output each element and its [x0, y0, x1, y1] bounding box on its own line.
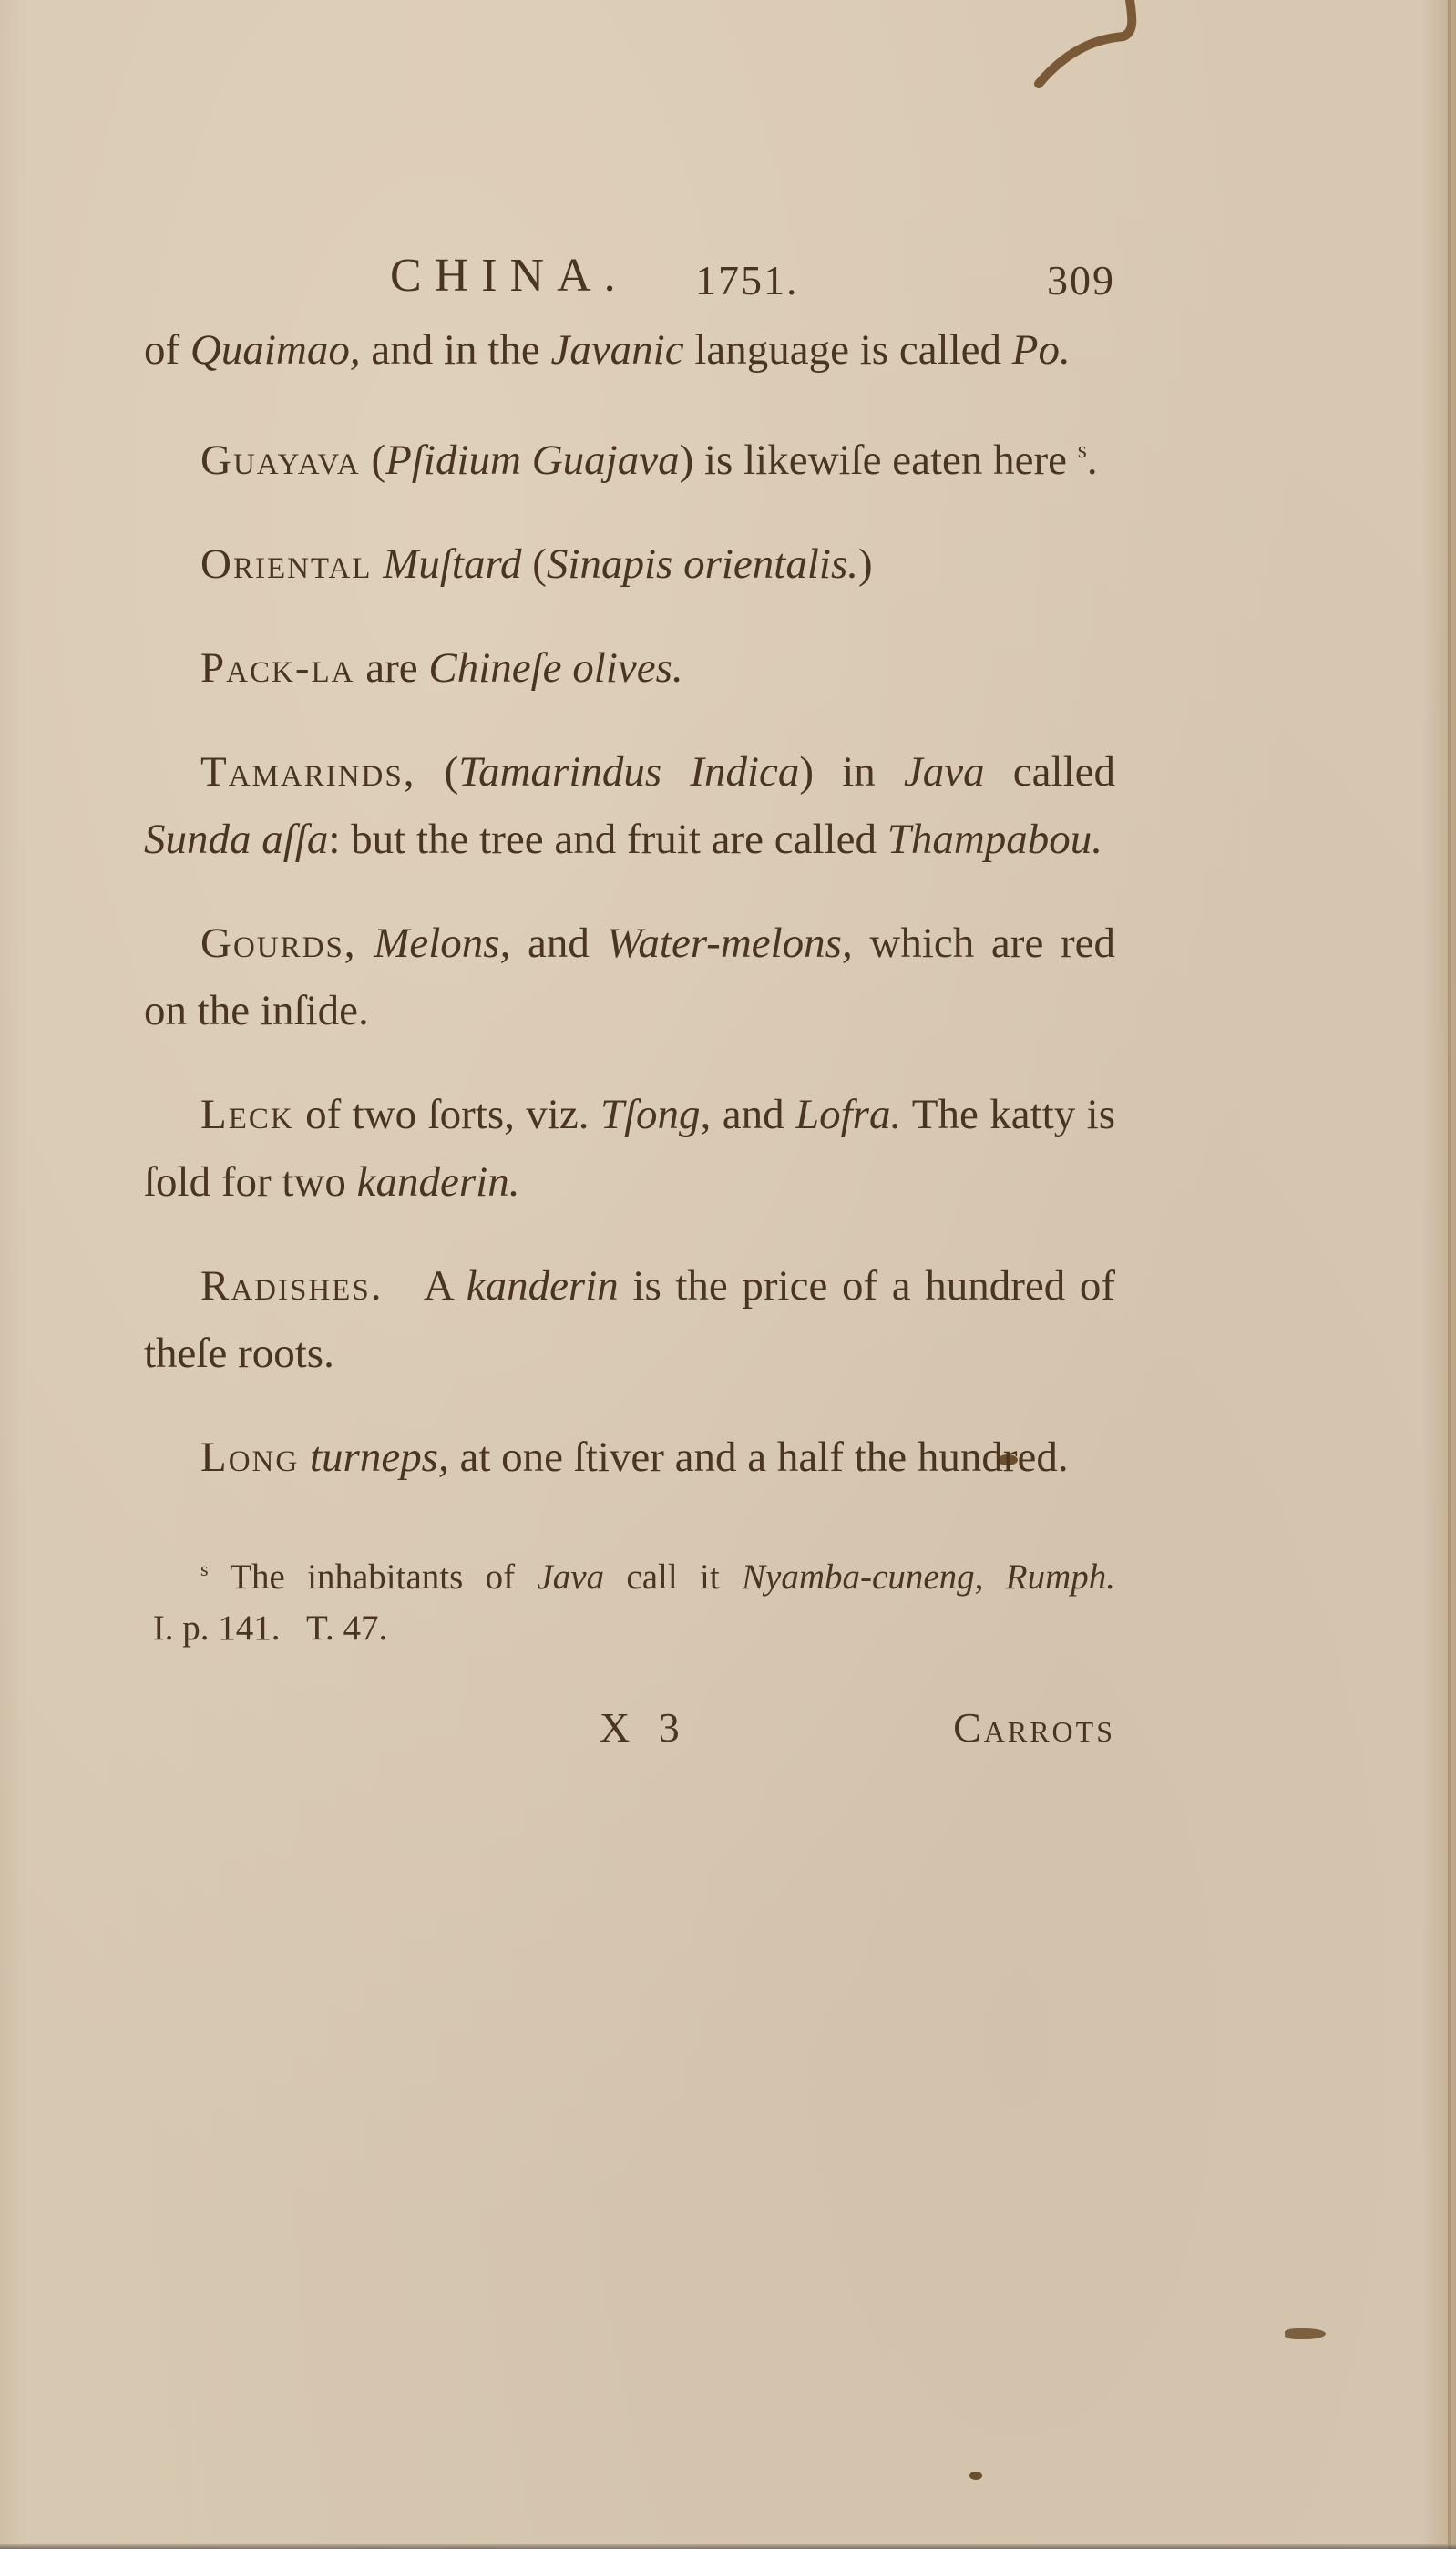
- text-run: [983, 1557, 1005, 1597]
- text-run: called: [985, 748, 1115, 796]
- entry-gourds: Gourds, Melons, and Water-melons, which …: [144, 910, 1115, 1044]
- catchword: Carrots: [953, 1703, 1115, 1752]
- text-run: and: [711, 1091, 795, 1138]
- italic-term: Tſong,: [600, 1091, 711, 1138]
- entry-heading: Gourds,: [200, 920, 357, 967]
- entry-heading: Pack-la: [200, 644, 354, 692]
- text-run: : but the tree and fruit are called: [328, 816, 887, 863]
- page-number: 309: [1047, 256, 1115, 304]
- page-edge-right: [1448, 0, 1451, 2549]
- entry-heading: Radishes.: [200, 1262, 383, 1310]
- text-run: (: [361, 437, 385, 484]
- italic-term: Java: [537, 1557, 604, 1597]
- page-text-block: CHINA. 1751. 309 of Quaimao, and in the …: [144, 242, 1115, 1767]
- ink-stroke-mark-icon: [1016, 0, 1143, 91]
- italic-term: Lofra.: [795, 1091, 901, 1138]
- italic-term: Nyamba-cuneng,: [742, 1557, 983, 1597]
- text-run: .: [1087, 437, 1098, 484]
- text-run: language is called: [684, 326, 1012, 374]
- italic-term: Java: [904, 748, 985, 796]
- page-footer: X 3 Carrots: [144, 1703, 1115, 1767]
- italic-term: Tamarindus Indica: [458, 748, 799, 796]
- text-run: [357, 920, 374, 967]
- text-run: (: [522, 540, 547, 588]
- entry-long-turneps: Long turneps, at one ſtiver and a half t…: [144, 1424, 1115, 1491]
- entry-heading: Long: [200, 1434, 299, 1481]
- text-run: at one ſtiver and a half the hundred.: [449, 1434, 1069, 1481]
- entry-pack-la: Pack-la are Chineſe olives.: [144, 634, 1115, 702]
- running-head: CHINA.: [390, 249, 629, 303]
- ink-smudge-mark: [1285, 2328, 1326, 2339]
- text-run: are: [354, 644, 428, 692]
- italic-term: Quaimao,: [190, 326, 361, 374]
- footnote-marker: s: [200, 1557, 209, 1580]
- entry-heading: Oriental: [200, 540, 372, 588]
- text-run: [372, 540, 383, 588]
- italic-term: Muſtard: [383, 540, 521, 588]
- entry-radishes: Radishes. A kanderin is the price of a h…: [144, 1252, 1115, 1387]
- italic-term: Sunda aſſa: [144, 816, 328, 863]
- entry-leck: Leck of two ſorts, viz. Tſong, and Lofra…: [144, 1081, 1115, 1216]
- italic-term: turneps,: [310, 1434, 449, 1481]
- italic-term: Po.: [1012, 326, 1071, 374]
- text-run: and in the: [361, 326, 551, 374]
- italic-term: Water-melons,: [607, 920, 853, 967]
- italic-term: kanderin.: [357, 1158, 520, 1206]
- text-run: The inhabitants of: [209, 1557, 538, 1597]
- footnote-reference[interactable]: s: [1078, 437, 1087, 463]
- footnote: s The inhabitants of Java call it Nyamba…: [144, 1544, 1115, 1654]
- ink-dot-mark: [969, 2472, 982, 2480]
- page-edge-bottom: [0, 2544, 1456, 2549]
- italic-term: Rumph.: [1006, 1557, 1115, 1597]
- italic-term: Thampabou.: [887, 816, 1102, 863]
- italic-term: Sinapis orientalis.: [547, 540, 858, 588]
- text-run: and: [510, 920, 606, 967]
- italic-term: Javanic: [550, 326, 683, 374]
- running-head-year: 1751.: [695, 256, 799, 304]
- paragraph-continuation: of Quaimao, and in the Javanic language …: [144, 316, 1115, 384]
- italic-term: Pſidium Guajava: [385, 437, 679, 484]
- text-run: ) is likewiſe eaten here: [680, 437, 1067, 484]
- italic-term: kanderin: [467, 1262, 619, 1310]
- signature-mark: X 3: [600, 1703, 689, 1752]
- entry-heading: Leck: [200, 1091, 294, 1138]
- entry-guayava: Guayava (Pſidium Guajava) is likewiſe ea…: [144, 416, 1115, 494]
- entry-tamarinds: Tamarinds, (Tamarindus Indica) in Java c…: [144, 738, 1115, 873]
- text-run: (: [415, 748, 458, 796]
- text-run: of: [144, 326, 190, 374]
- text-run: I. p. 141. T. 47.: [144, 1609, 387, 1648]
- text-run: [299, 1434, 310, 1481]
- italic-term: Chineſe olives.: [428, 644, 682, 692]
- text-run: of two ſorts, viz.: [294, 1091, 600, 1138]
- text-run: call it: [604, 1557, 742, 1597]
- italic-term: Melons,: [374, 920, 510, 967]
- entry-heading: Guayava: [200, 437, 361, 484]
- entry-heading: Tamarinds,: [200, 748, 415, 796]
- page-header: CHINA. 1751. 309: [144, 242, 1115, 314]
- text-run: A: [383, 1262, 466, 1310]
- text-run: ): [858, 540, 873, 588]
- entry-oriental-mustard: Oriental Muſtard (Sinapis orientalis.): [144, 530, 1115, 598]
- text-run: ) in: [799, 748, 904, 796]
